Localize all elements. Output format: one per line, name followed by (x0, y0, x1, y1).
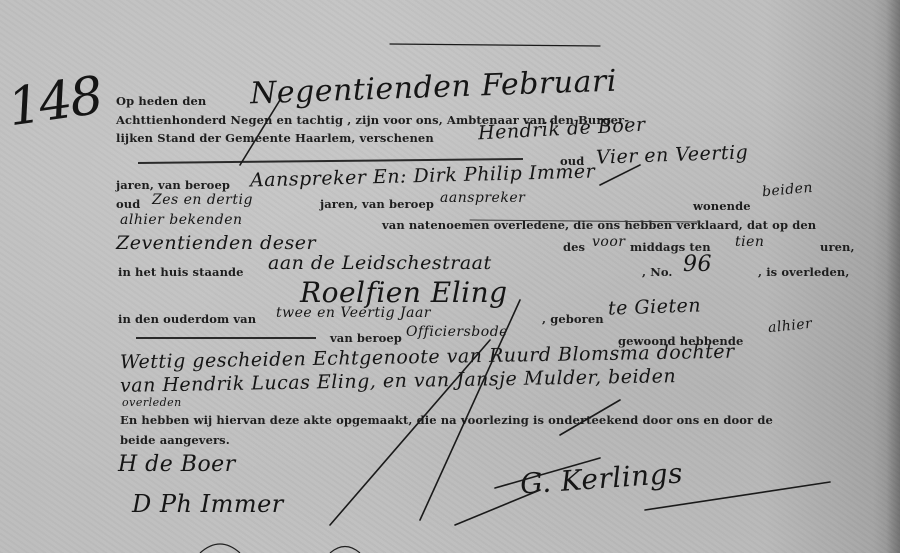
pen-flourish-strokes (0, 0, 900, 553)
scanned-document-page: ​ 148 Op heden den Negentienden Februari… (0, 0, 900, 553)
